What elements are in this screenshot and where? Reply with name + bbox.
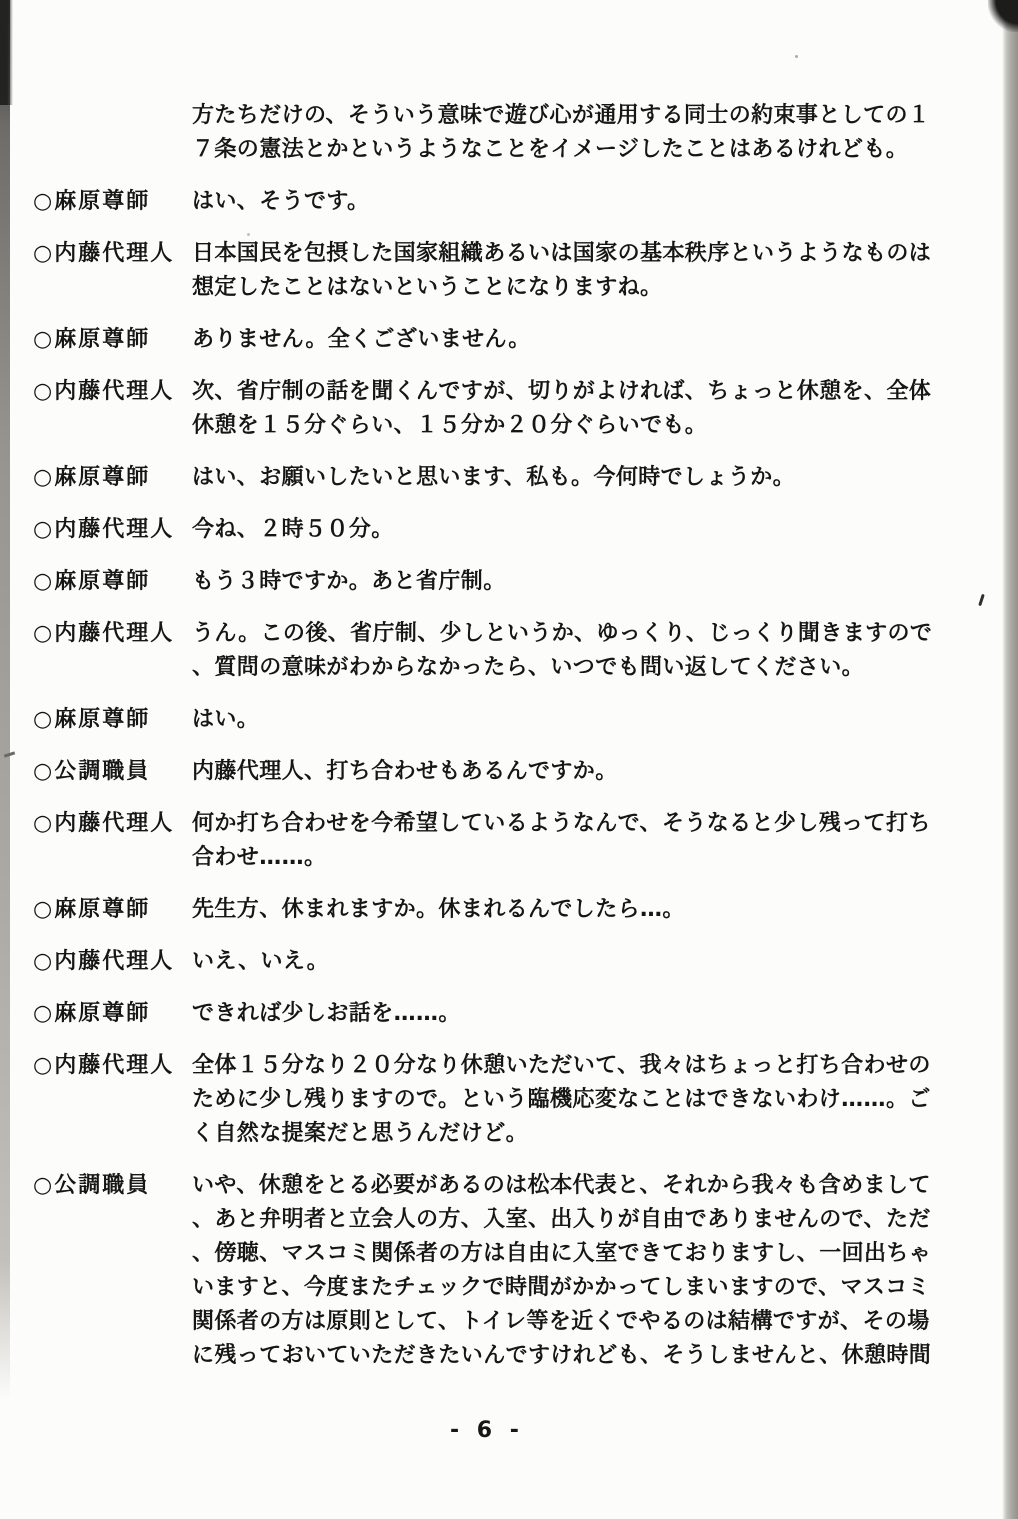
- dialogue-entry: ○内藤代理人 全体１５分なり２０分なり休憩いただいて、我々はちょっと打ち合わせの…: [33, 1049, 993, 1151]
- dialogue-entry: ○内藤代理人 次、省庁制の話を聞くんですが、切りがよければ、ちょっと休憩を、全体…: [33, 375, 993, 443]
- utterance-text: はい。: [192, 703, 993, 737]
- dialogue-entry: ○麻原尊師 先生方、休まれますか。休まれるんでしたら…。: [33, 893, 993, 927]
- utterance-text: ありません。全くございません。: [192, 323, 993, 357]
- speaker-label: ○麻原尊師: [33, 323, 192, 357]
- scan-corner-top-right: [988, 0, 1018, 32]
- utterance-text: 次、省庁制の話を聞くんですが、切りがよければ、ちょっと休憩を、全体 休憩を１５分…: [192, 375, 993, 443]
- dialogue-entry: ○内藤代理人 日本国民を包摂した国家組織あるいは国家の基本秩序というようなものは…: [33, 237, 993, 305]
- dialogue-entry: ○麻原尊師 はい。: [33, 703, 993, 737]
- dialogue-entry: ○内藤代理人 うん。この後、省庁制、少しというか、ゆっくり、じっくり聞きますので…: [33, 617, 993, 685]
- dialogue-entry: ○麻原尊師 もう３時ですか。あと省庁制。: [33, 565, 993, 599]
- dialogue-entry: ○公調職員 内藤代理人、打ち合わせもあるんですか。: [33, 755, 993, 789]
- dialogue-entry: 方たちだけの、そういう意味で遊び心が通用する同士の約束事としての１ ７条の憲法と…: [33, 99, 993, 167]
- utterance-text: 内藤代理人、打ち合わせもあるんですか。: [192, 755, 993, 789]
- speaker-label: ○公調職員: [33, 755, 192, 789]
- document-page: 方たちだけの、そういう意味で遊び心が通用する同士の約束事としての１ ７条の憲法と…: [0, 0, 1018, 1519]
- speaker-label: ○麻原尊師: [33, 565, 192, 599]
- speaker-label: ○内藤代理人: [33, 945, 192, 979]
- utterance-text: 今ね、２時５０分。: [192, 513, 993, 547]
- utterance-text: 何か打ち合わせを今希望しているようなんで、そうなると少し残って打ち 合わせ……。: [192, 807, 993, 875]
- speaker-label: ○麻原尊師: [33, 461, 192, 495]
- speaker-label: ○麻原尊師: [33, 997, 192, 1031]
- scan-edge-left-top: [0, 0, 13, 105]
- dialogue-entry: ○麻原尊師 できれば少しお話を……。: [33, 997, 993, 1031]
- speaker-label: ○麻原尊師: [33, 893, 192, 927]
- speaker-label: ○内藤代理人: [33, 617, 192, 651]
- utterance-text: 全体１５分なり２０分なり休憩いただいて、我々はちょっと打ち合わせの ために少し残…: [192, 1049, 993, 1151]
- dialogue-entry: ○内藤代理人 何か打ち合わせを今希望しているようなんで、そうなると少し残って打ち…: [33, 807, 993, 875]
- dialogue-entry: ○公調職員 いや、休憩をとる必要があるのは松本代表と、それから我々も含めまして …: [33, 1169, 993, 1373]
- speaker-label: ○麻原尊師: [33, 703, 192, 737]
- utterance-text: 先生方、休まれますか。休まれるんでしたら…。: [192, 893, 993, 927]
- scan-edge-left: [0, 0, 10, 1400]
- speaker-label: ○内藤代理人: [33, 375, 192, 409]
- speaker-label: ○麻原尊師: [33, 185, 192, 219]
- speaker-label: ○内藤代理人: [33, 513, 192, 547]
- speaker-label: ○内藤代理人: [33, 237, 192, 271]
- dialogue-entry: ○内藤代理人 今ね、２時５０分。: [33, 513, 993, 547]
- utterance-text: いえ、いえ。: [192, 945, 993, 979]
- speaker-label: ○公調職員: [33, 1169, 192, 1203]
- page-number: - 6 -: [450, 1414, 524, 1448]
- utterance-text: 日本国民を包摂した国家組織あるいは国家の基本秩序というようなものは 想定したこと…: [192, 237, 993, 305]
- utterance-text: はい、そうです。: [192, 185, 993, 219]
- dialogue-entry: ○麻原尊師 ありません。全くございません。: [33, 323, 993, 357]
- utterance-text: はい、お願いしたいと思います、私も。今何時でしょうか。: [192, 461, 993, 495]
- dialogue-entry: ○麻原尊師 はい、そうです。: [33, 185, 993, 219]
- speaker-label: ○内藤代理人: [33, 1049, 192, 1083]
- dialogue-list: 方たちだけの、そういう意味で遊び心が通用する同士の約束事としての１ ７条の憲法と…: [33, 99, 993, 1391]
- utterance-text: もう３時ですか。あと省庁制。: [192, 565, 993, 599]
- scan-edge-right: [1002, 0, 1018, 1519]
- utterance-text: できれば少しお話を……。: [192, 997, 993, 1031]
- speaker-label: ○内藤代理人: [33, 807, 192, 841]
- utterance-text: いや、休憩をとる必要があるのは松本代表と、それから我々も含めまして 、あと弁明者…: [192, 1169, 993, 1373]
- dialogue-entry: ○麻原尊師 はい、お願いしたいと思います、私も。今何時でしょうか。: [33, 461, 993, 495]
- scan-speck: [795, 55, 798, 58]
- utterance-text: 方たちだけの、そういう意味で遊び心が通用する同士の約束事としての１ ７条の憲法と…: [192, 99, 993, 167]
- dialogue-entry: ○内藤代理人 いえ、いえ。: [33, 945, 993, 979]
- utterance-text: うん。この後、省庁制、少しというか、ゆっくり、じっくり聞きますので 、質問の意味…: [192, 617, 993, 685]
